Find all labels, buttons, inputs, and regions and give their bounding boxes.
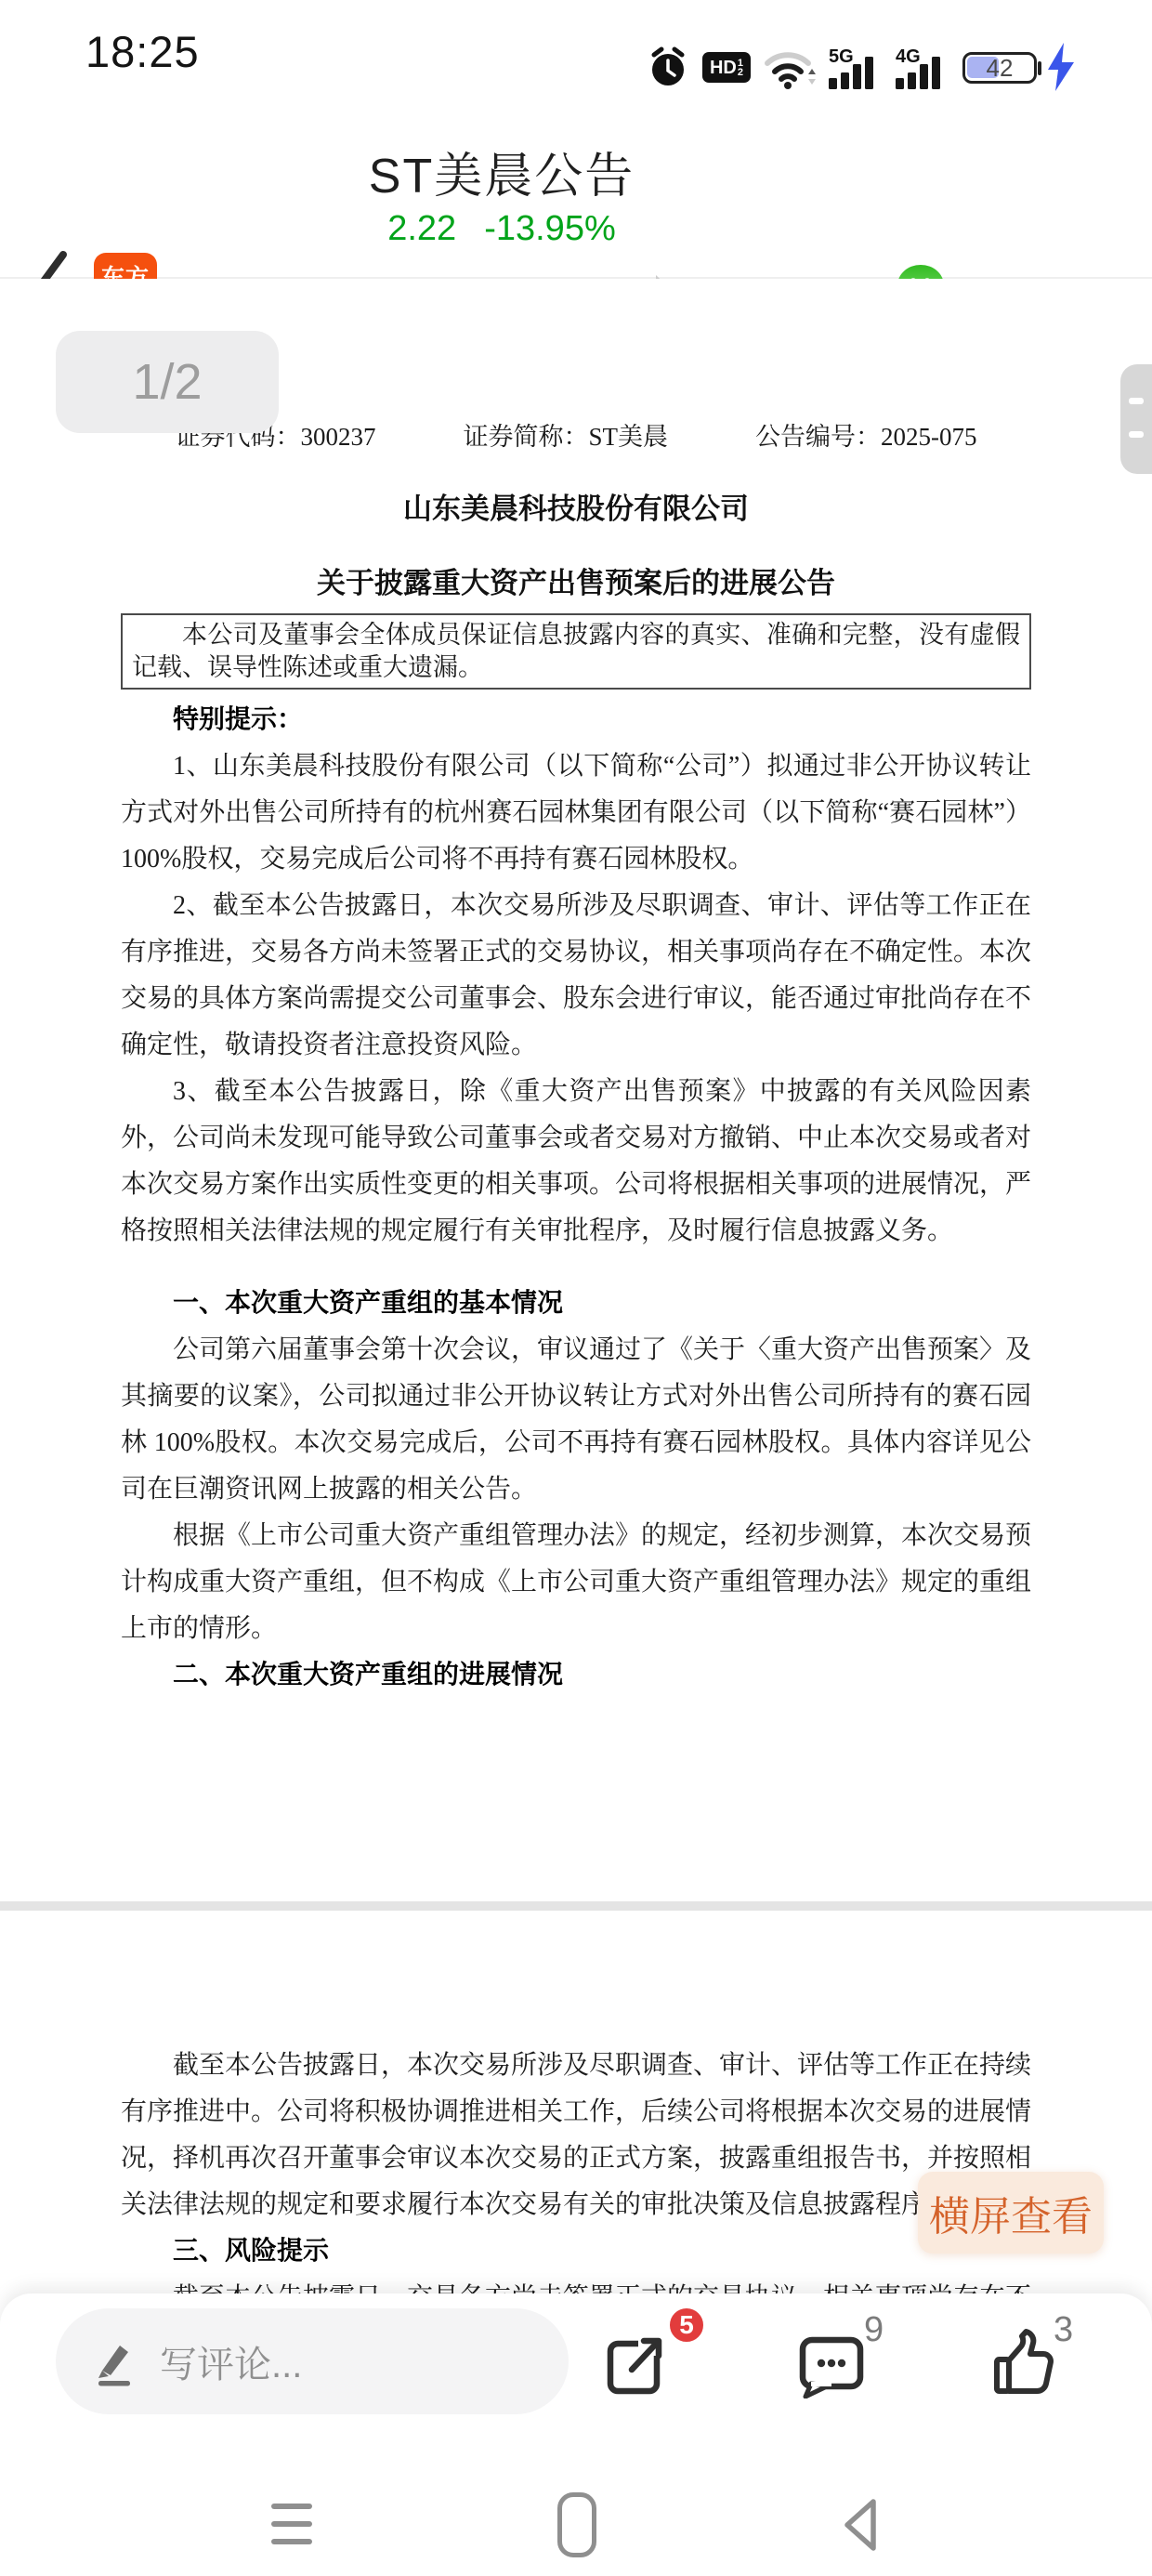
doc-announcement-title: 关于披露重大资产出售预案后的进展公告 [121, 561, 1031, 606]
signal-4g-icon: 4G [896, 46, 948, 89]
comment-count: 9 [864, 2310, 884, 2350]
nav-home-button[interactable] [557, 2492, 596, 2557]
page-indicator-badge: 1/2 [56, 331, 279, 433]
hd-voice-icon: HD 1 2 [702, 52, 751, 83]
doc-paragraph: 3、截至本公告披露日，除《重大资产出售预案》中披露的有关风险因素外，公司尚未发现… [121, 1069, 1031, 1255]
doc-section-heading-3: 三、风险提示 [121, 2228, 1031, 2275]
svg-text:5G: 5G [829, 46, 854, 67]
nav-back-button[interactable] [838, 2494, 881, 2556]
share-badge: 5 [667, 2306, 706, 2345]
document-viewer: 证券代码：300237 证券简称：ST美晨 公告编号：2025-075 山东美晨… [0, 279, 1152, 2293]
stock-price: 2.22 [387, 209, 456, 248]
page-title: ST美晨公告 [0, 151, 1003, 203]
security-name: 证券简称：ST美晨 [463, 418, 668, 455]
comments-icon[interactable] [799, 2335, 864, 2399]
document-page-1: 证券代码：300237 证券简称：ST美晨 公告编号：2025-075 山东美晨… [0, 279, 1152, 1901]
doc-section-heading-1: 一、本次重大资产重组的基本情况 [121, 1281, 1031, 1327]
landscape-view-button[interactable]: 横屏查看 [918, 2172, 1104, 2254]
status-bar: 18:25 HD 1 2 5G [0, 0, 1152, 93]
share-icon[interactable] [607, 2332, 664, 2395]
doc-paragraph: 截至本公告披露日，本次交易所涉及尽职调查、审计、评估等工作正在持续有序推进中。公… [121, 2043, 1031, 2228]
page-separator [0, 1901, 1152, 1911]
battery-icon: 42 [962, 52, 1037, 84]
battery-percent: 42 [965, 55, 1034, 81]
like-count: 3 [1054, 2310, 1073, 2350]
screen: 18:25 HD 1 2 5G [0, 0, 1152, 2576]
signal-5g-icon: 5G [829, 46, 881, 89]
nav-menu-button[interactable] [271, 2504, 312, 2546]
doc-paragraph: 2、截至本公告披露日，本次交易所涉及尽职调查、审计、评估等工作正在有序推进，交易… [121, 883, 1031, 1069]
pencil-icon [95, 2337, 136, 2387]
alarm-icon [650, 46, 686, 87]
doc-company-title: 山东美晨科技股份有限公司 [121, 487, 1031, 532]
stock-quote: 2.22-13.95% [0, 210, 1003, 247]
stock-change: -13.95% [484, 209, 616, 248]
doc-paragraph: 1、山东美晨科技股份有限公司（以下简称“公司”）拟通过非公开协议转让方式对外出售… [121, 743, 1031, 883]
announcement-no: 公告编号：2025-075 [755, 418, 977, 455]
doc-tip-heading: 特别提示： [121, 697, 1031, 743]
clock-time: 18:25 [85, 26, 200, 77]
app-header: 东方 财富 ST美晨公告 2.22-13.95% [0, 93, 1152, 279]
bottom-action-bar: 写评论... 5 9 3 [0, 2293, 1152, 2576]
doc-paragraph: 公司第六届董事会第十次会议，审议通过了《关于〈重大资产出售预案〉及其摘要的议案》… [121, 1327, 1031, 1513]
like-icon[interactable] [990, 2326, 1054, 2397]
comment-input[interactable]: 写评论... [56, 2308, 569, 2414]
doc-section-heading-2: 二、本次重大资产重组的进展情况 [121, 1652, 1031, 1699]
comment-placeholder: 写评论... [160, 2308, 302, 2414]
doc-notice-box: 本公司及董事会全体成员保证信息披露内容的真实、准确和完整，没有虚假记载、误导性陈… [121, 613, 1031, 690]
side-drag-handle[interactable] [1120, 364, 1152, 474]
doc-paragraph: 根据《上市公司重大资产重组管理办法》的规定，经初步测算，本次交易预计构成重大资产… [121, 1513, 1031, 1652]
header-title-block: ST美晨公告 2.22-13.95% [0, 93, 1003, 279]
doc-paragraph-clipped: 截至本公告披露日，交易各方尚未签署正式的交易协议，相关事项尚存在不确定性。 [121, 2275, 1031, 2293]
charging-bolt-icon [1048, 43, 1074, 91]
svg-text:4G: 4G [896, 46, 921, 67]
wifi-icon [764, 46, 818, 89]
